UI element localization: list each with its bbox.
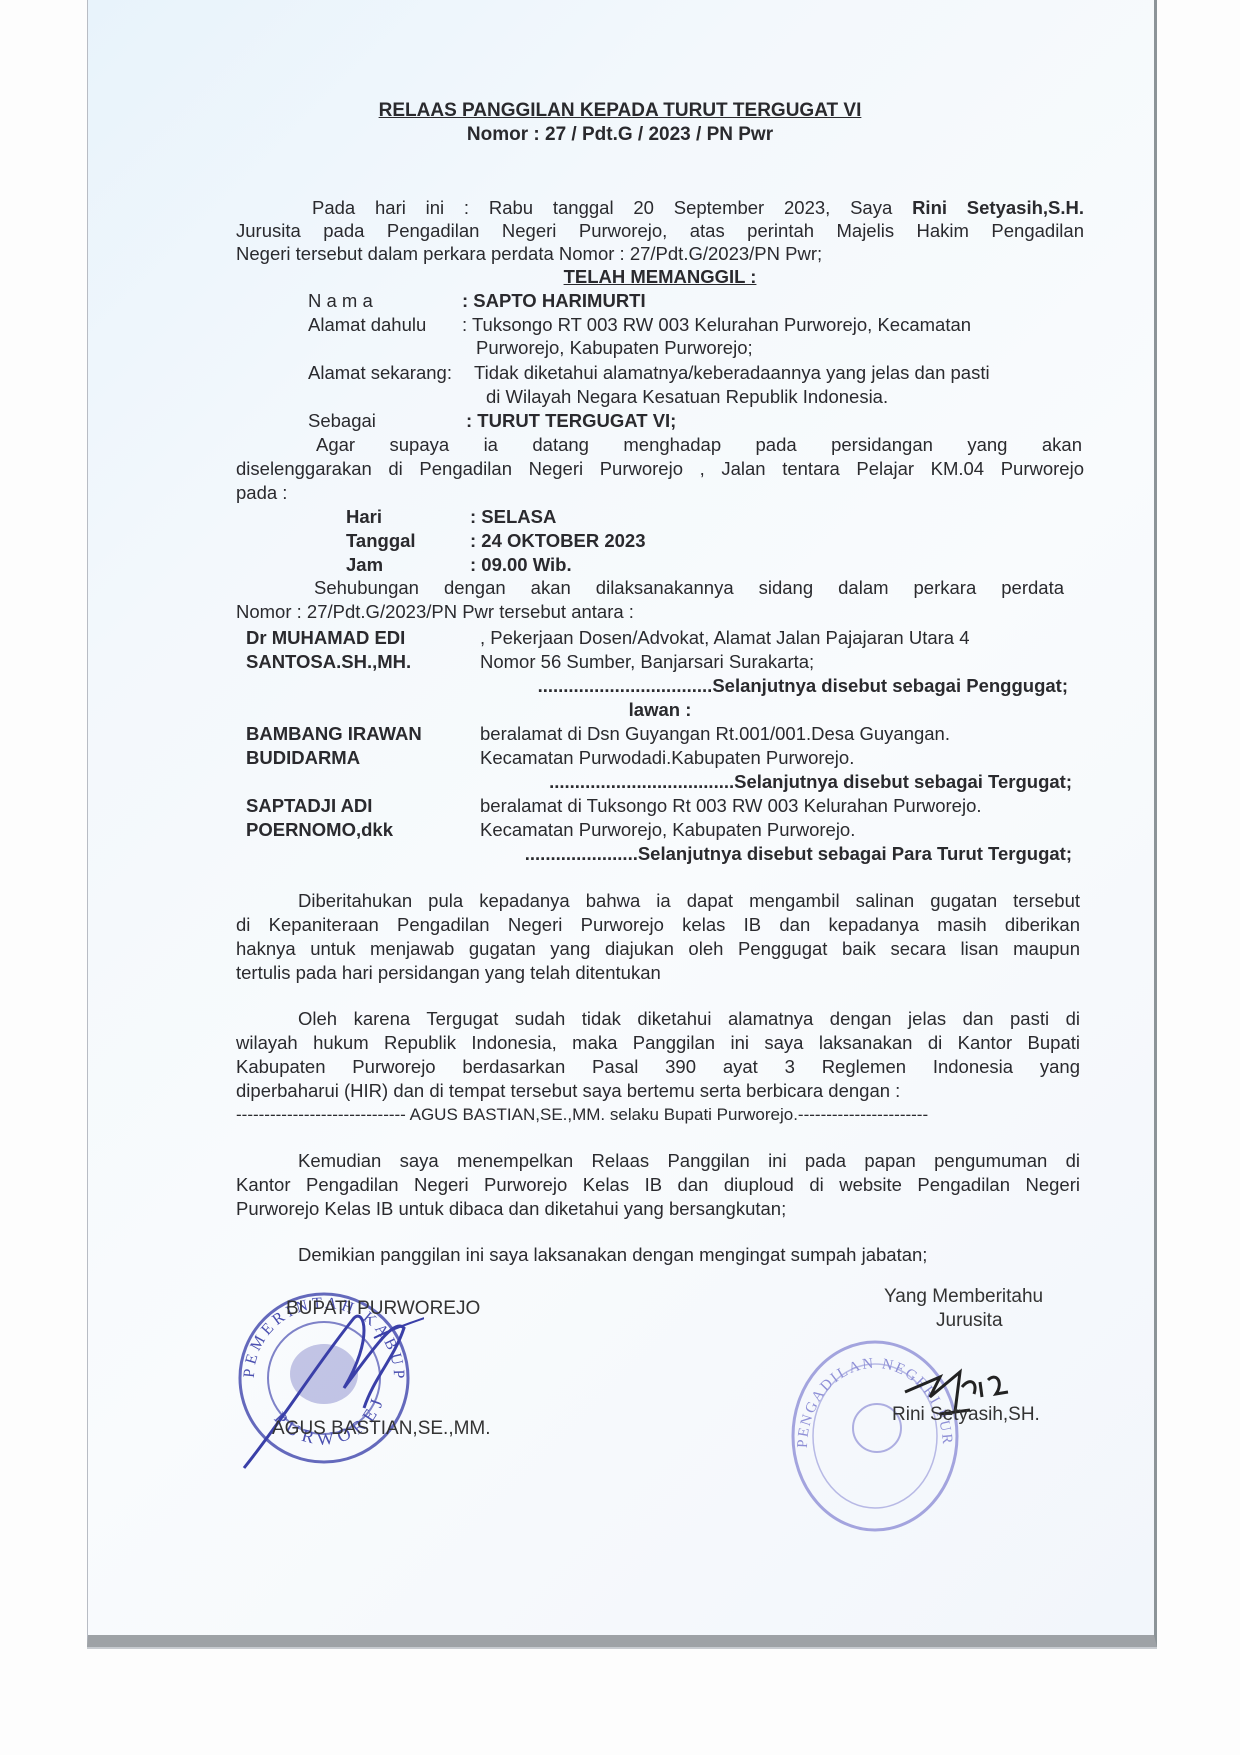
plaintiff-detail-2: Nomor 56 Sumber, Banjarsari Surakarta; xyxy=(480,651,814,673)
delivery-line: diperbaharui (HIR) dan di tempat tersebu… xyxy=(236,1080,900,1102)
intro-text: Pada hari ini : Rabu tanggal 20 Septembe… xyxy=(312,197,892,218)
co-defendant-name-1: SAPTADJI ADI xyxy=(246,795,372,817)
regent-name: AGUS BASTIAN,SE.,MM. xyxy=(272,1418,491,1440)
defendant-name-1: BAMBANG IRAWAN xyxy=(246,723,422,745)
closing-statement: Demikian panggilan ini saya laksanakan d… xyxy=(298,1244,927,1266)
defendant-designation: ....................................Sela… xyxy=(549,771,1072,793)
notifier-title: Yang Memberitahu xyxy=(884,1286,1043,1308)
notifier-role: Jurusita xyxy=(936,1310,1003,1332)
summons-heading: TELAH MEMANGGIL : xyxy=(40,266,1240,288)
current-address-line-1: Tidak diketahui alamatnya/keberadaannya … xyxy=(474,362,990,384)
intro-line-3: Negeri tersebut dalam perkara perdata No… xyxy=(236,243,822,265)
plaintiff-name-1: Dr MUHAMAD EDI xyxy=(246,627,405,649)
notice-line: Diberitahukan pula kepadanya bahwa ia da… xyxy=(298,890,1080,912)
posting-line: Kantor Pengadilan Negeri Purworejo Kelas… xyxy=(236,1174,1080,1196)
co-defendant-detail-2: Kecamatan Purworejo, Kabupaten Purworejo… xyxy=(480,819,855,841)
day-value: : SELASA xyxy=(470,506,556,528)
day-label: Hari xyxy=(346,506,382,528)
delivery-line: Oleh karena Tergugat sudah tidak diketah… xyxy=(298,1008,1080,1030)
met-official-line: ------------------------------ AGUS BAST… xyxy=(236,1104,928,1126)
delivery-line: wilayah hukum Republik Indonesia, maka P… xyxy=(236,1032,1080,1054)
role-value: : TURUT TERGUGAT VI; xyxy=(466,410,676,432)
document-title: RELAAS PANGGILAN KEPADA TURUT TERGUGAT V… xyxy=(0,100,1240,122)
posting-line: Kemudian saya menempelkan Relaas Panggil… xyxy=(298,1150,1080,1172)
plaintiff-detail-1: , Pekerjaan Dosen/Advokat, Alamat Jalan … xyxy=(480,627,970,649)
old-address-line-2: Purworejo, Kabupaten Purworejo; xyxy=(476,337,753,359)
role-label: Sebagai xyxy=(308,410,376,432)
old-address-line-1: : Tuksongo RT 003 RW 003 Kelurahan Purwo… xyxy=(462,314,971,336)
hearing-intro-3: pada : xyxy=(236,482,287,504)
defendant-detail-1: beralamat di Dsn Guyangan Rt.001/001.Des… xyxy=(480,723,950,745)
old-address-label: Alamat dahulu xyxy=(308,314,426,336)
co-defendant-name-2: POERNOMO,dkk xyxy=(246,819,393,841)
hearing-intro-2: diselenggarakan di Pengadilan Negeri Pur… xyxy=(236,458,1084,480)
co-defendant-designation: ......................Selanjutnya disebu… xyxy=(525,843,1072,865)
plaintiff-name-2: SANTOSA.SH.,MH. xyxy=(246,651,411,673)
bailiff-name: Rini Setyasih,S.H. xyxy=(912,197,1084,218)
date-label: Tanggal xyxy=(346,530,416,552)
defendant-name-2: BUDIDARMA xyxy=(246,747,360,769)
current-address-label: Alamat sekarang: xyxy=(308,362,452,384)
time-value: : 09.00 Wib. xyxy=(470,554,572,576)
posting-line: Purworejo Kelas IB untuk dibaca dan dike… xyxy=(236,1198,786,1220)
delivery-line: Kabupaten Purworejo berdasarkan Pasal 39… xyxy=(236,1056,1080,1078)
notifier-name: Rini Setyasih,SH. xyxy=(892,1404,1040,1426)
co-defendant-detail-1: beralamat di Tuksongo Rt 003 RW 003 Kelu… xyxy=(480,795,982,817)
notice-line: haknya untuk menjawab gugatan yang diaju… xyxy=(236,938,1080,960)
intro-line-2: Jurusita pada Pengadilan Negeri Purworej… xyxy=(236,220,1084,242)
case-intro-2: Nomor : 27/Pdt.G/2023/PN Pwr tersebut an… xyxy=(236,601,634,623)
regent-title: BUPATI PURWOREJO xyxy=(286,1298,480,1320)
name-value: : SAPTO HARIMURTI xyxy=(462,290,646,312)
date-value: : 24 OKTOBER 2023 xyxy=(470,530,645,552)
current-address-line-2: di Wilayah Negara Kesatuan Republik Indo… xyxy=(486,386,888,408)
hearing-intro-1: Agar supaya ia datang menghadap pada per… xyxy=(316,434,1082,456)
plaintiff-designation: ..................................Selanj… xyxy=(538,675,1068,697)
name-label: N a m a xyxy=(308,290,373,312)
case-number: Nomor : 27 / Pdt.G / 2023 / PN Pwr xyxy=(0,124,1240,146)
notice-line: di Kepaniteraan Pengadilan Negeri Purwor… xyxy=(236,914,1080,936)
notice-line: tertulis pada hari persidangan yang tela… xyxy=(236,962,661,984)
versus-label: lawan : xyxy=(40,699,1240,721)
case-intro-1: Sehubungan dengan akan dilaksanakannya s… xyxy=(314,577,1064,599)
time-label: Jam xyxy=(346,554,383,576)
defendant-detail-2: Kecamatan Purwodadi.Kabupaten Purworejo. xyxy=(480,747,854,769)
